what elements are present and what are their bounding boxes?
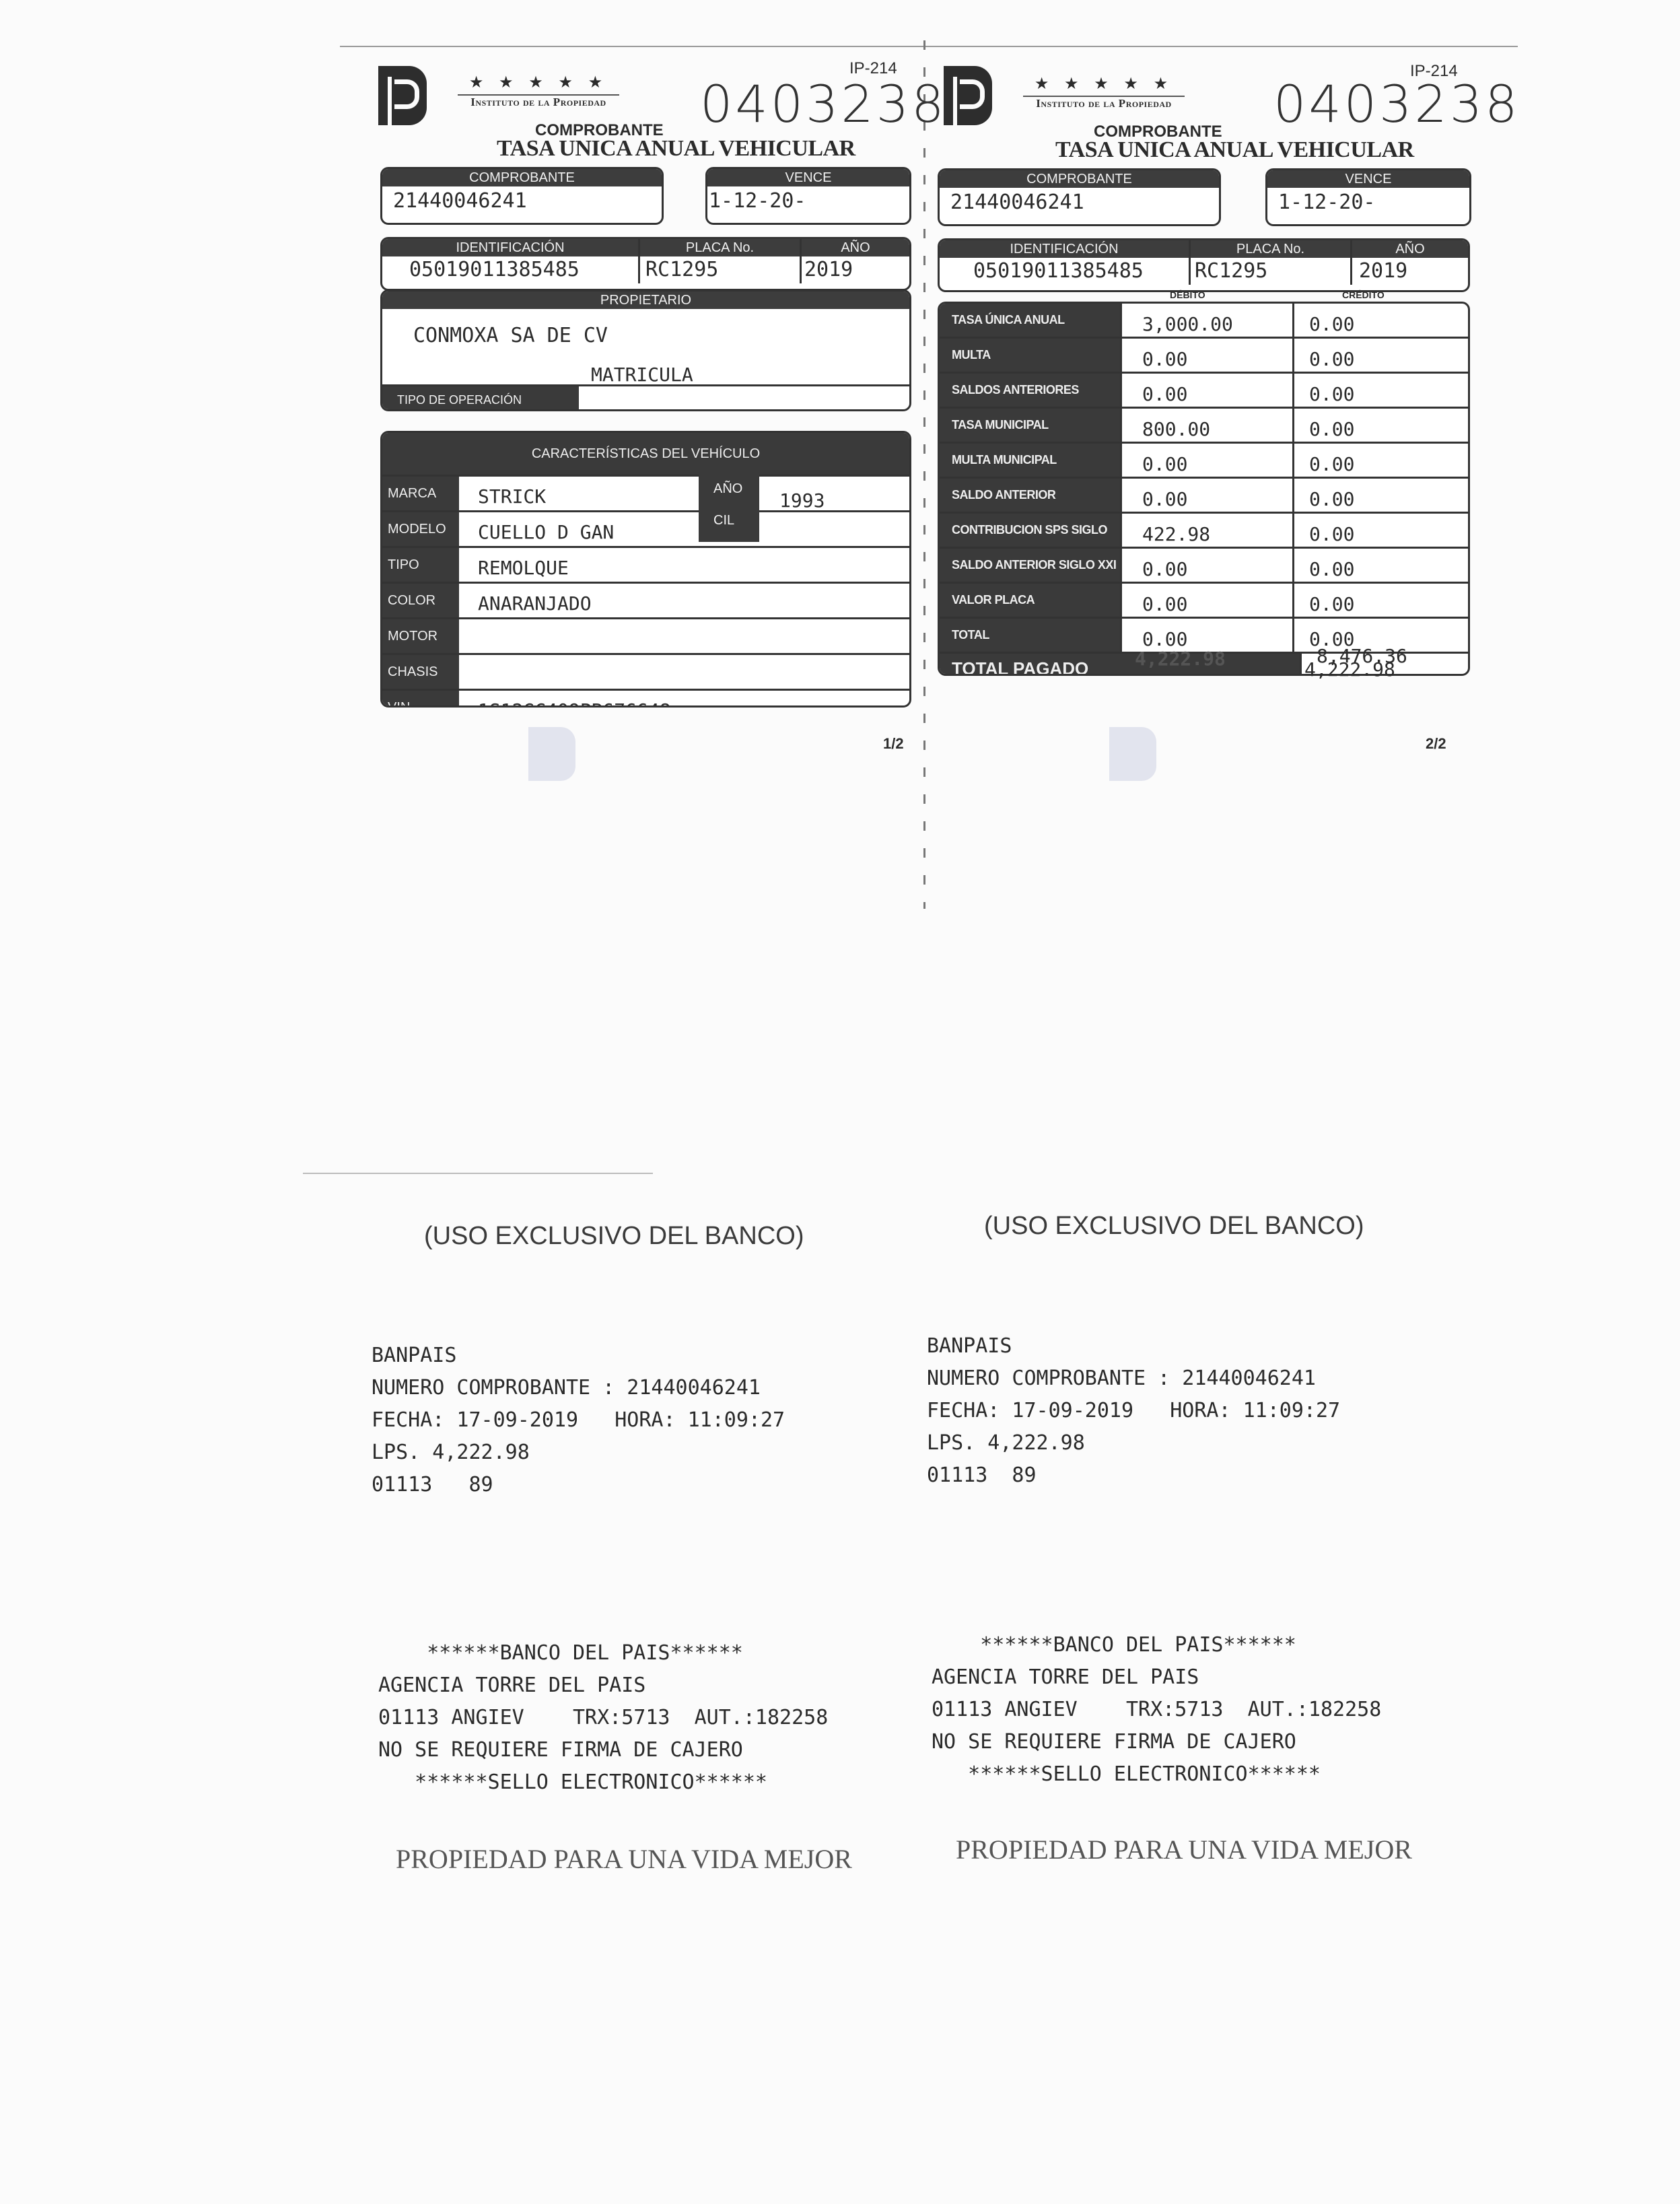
bank-line: NUMERO COMPROBANTE : 21440046241 <box>927 1363 1340 1395</box>
vehicle-row-label: CHASIS <box>382 655 459 689</box>
placa-value: RC1295 <box>640 256 800 283</box>
charge-row: MULTA MUNICIPAL 0.00 0.00 <box>940 442 1468 477</box>
operation-value: MATRICULA <box>591 364 693 386</box>
charge-debit: 3,000.00 <box>1120 304 1292 337</box>
debit-header: DÉBITO <box>1170 289 1205 300</box>
charge-debit: 0.00 <box>1120 479 1292 512</box>
charge-label: CONTRIBUCION SPS SIGLO XXI <box>940 514 1120 547</box>
charge-row: VALOR PLACA 0.00 0.00 <box>940 582 1468 617</box>
vehicle-row-label: VIN <box>382 691 459 708</box>
bank-line: LPS. 4,222.98 <box>372 1437 785 1469</box>
vence-value: 1-12-20- <box>1267 188 1469 217</box>
charge-credit: 0.00 <box>1292 549 1468 582</box>
total-debit-value: 4,222.98 <box>1135 644 1226 674</box>
bank-line: NUMERO COMPROBANTE : 21440046241 <box>372 1372 785 1404</box>
vehicle-row-label: MARCA <box>382 477 459 510</box>
bank-line: BANPAIS <box>927 1330 1340 1363</box>
anio-header: AÑO <box>1352 240 1468 258</box>
vehicle-row-value: CUELLO D GAN <box>459 512 614 546</box>
stamp-line: ******SELLO ELECTRONICO****** <box>378 1766 828 1799</box>
total-paid-value: 4,222.98 <box>1304 658 1395 681</box>
placa-header: PLACA No. <box>1191 240 1350 258</box>
comprobante-header: COMPROBANTE <box>382 169 662 186</box>
stamp-line: AGENCIA TORRE DEL PAIS <box>932 1661 1381 1694</box>
charge-row: TASA ÚNICA ANUAL 3,000.00 0.00 <box>940 304 1468 337</box>
bank-receipt-lines: BANPAISNUMERO COMPROBANTE : 21440046241F… <box>372 1340 785 1501</box>
ip-logo-icon <box>944 66 992 125</box>
charge-row: SALDO ANTERIOR SIGLO XXI 0.00 0.00 <box>940 547 1468 582</box>
charge-debit: 0.00 <box>1120 444 1292 477</box>
ip-watermark-icon <box>528 727 575 781</box>
charge-credit: 0.00 <box>1292 584 1468 617</box>
institution-name: Instituto de la Propiedad <box>458 96 619 109</box>
stamp-line: 01113 ANGIEV TRX:5713 AUT.:182258 <box>932 1694 1381 1726</box>
operation-label: TIPO DE OPERACIÓN <box>382 386 579 411</box>
stamp-line: ******BANCO DEL PAIS****** <box>932 1629 1381 1661</box>
vehicle-year-value: 1993 <box>779 489 825 512</box>
charge-credit: 0.00 <box>1292 514 1468 547</box>
ip-logo-icon <box>378 66 427 125</box>
charge-label: SALDO ANTERIOR SIGLO XXI <box>940 549 1120 582</box>
credit-header: CRÉDITO <box>1342 289 1385 300</box>
serial-number: 0403238 <box>1273 74 1520 134</box>
charge-label: TASA ÚNICA ANUAL <box>940 304 1120 337</box>
identificacion-header: IDENTIFICACIÓN <box>940 240 1189 258</box>
vehicle-row-value: STRICK <box>459 477 546 510</box>
stamp-line: ******BANCO DEL PAIS****** <box>378 1637 828 1669</box>
vehicle-row-value: REMOLQUE <box>459 548 569 582</box>
charge-debit: 422.98 <box>1120 514 1292 547</box>
page-number: 2/2 <box>1426 735 1446 753</box>
vehicle-year-label: AÑO <box>699 475 759 497</box>
vehicle-row-value: ANARANJADO <box>459 584 592 617</box>
slogan: PROPIEDAD PARA UNA VIDA MEJOR <box>956 1834 1412 1865</box>
bank-stamp-lines: ******BANCO DEL PAIS******AGENCIA TORRE … <box>932 1629 1381 1791</box>
charge-credit: 0.00 <box>1292 339 1468 372</box>
charge-row: CONTRIBUCION SPS SIGLO XXI 422.98 0.00 <box>940 512 1468 547</box>
vence-value: 1-12-20- <box>707 186 909 216</box>
bank-line: 01113 89 <box>372 1469 785 1501</box>
vehicle-year-cil: AÑO CIL <box>699 475 759 542</box>
vence-box: VENCE 1-12-20- <box>705 167 911 225</box>
placa-header: PLACA No. <box>640 239 800 256</box>
identificacion-value: 05019011385485 <box>940 258 1189 285</box>
slogan: PROPIEDAD PARA UNA VIDA MEJOR <box>396 1843 852 1875</box>
vence-header: VENCE <box>1267 170 1469 188</box>
identificacion-value: 05019011385485 <box>382 256 638 283</box>
charge-credit: 0.00 <box>1292 304 1468 337</box>
vehicle-title: CARACTERÍSTICAS DEL VEHÍCULO <box>382 433 909 475</box>
charge-row: SALDO ANTERIOR MUNICIPAL 0.00 0.00 <box>940 477 1468 512</box>
charges-table: TASA ÚNICA ANUAL 3,000.00 0.00MULTA 0.00… <box>938 302 1470 676</box>
charge-debit: 0.00 <box>1120 584 1292 617</box>
charge-label: SALDO ANTERIOR MUNICIPAL <box>940 479 1120 512</box>
stamp-line: AGENCIA TORRE DEL PAIS <box>378 1669 828 1702</box>
charge-label: VALOR PLACA <box>940 584 1120 617</box>
ip-watermark-icon <box>1109 727 1156 781</box>
anio-value: 2019 <box>802 256 909 283</box>
vehicle-row: VIN 1S12GC409PB676648 <box>382 689 909 708</box>
charge-debit: 0.00 <box>1120 549 1292 582</box>
vehicle-row-label: TIPO <box>382 548 459 582</box>
charge-row: TASA MUNICIPAL 800.00 0.00 <box>940 407 1468 442</box>
bank-line: LPS. 4,222.98 <box>927 1427 1340 1459</box>
comprobante-value: 21440046241 <box>940 188 1219 217</box>
stamp-line: NO SE REQUIERE FIRMA DE CAJERO <box>378 1734 828 1766</box>
vehicle-row-value <box>459 655 478 689</box>
institution-name: Instituto de la Propiedad <box>1023 97 1185 110</box>
vehicle-row-value <box>459 619 478 653</box>
charge-debit: 0.00 <box>1120 374 1292 407</box>
charge-label: TASA MUNICIPAL <box>940 409 1120 442</box>
bank-receipt-lines: BANPAISNUMERO COMPROBANTE : 21440046241F… <box>927 1330 1340 1492</box>
comprobante-box: COMPROBANTE 21440046241 <box>380 167 664 225</box>
vehicle-cil-label: CIL <box>699 497 759 528</box>
bank-line: FECHA: 17-09-2019 HORA: 11:09:27 <box>372 1404 785 1437</box>
vehicle-row: TIPO REMOLQUE <box>382 546 909 582</box>
bank-line: 01113 89 <box>927 1459 1340 1492</box>
comprobante-box: COMPROBANTE 21440046241 <box>938 168 1221 226</box>
bank-stamp-lines: ******BANCO DEL PAIS******AGENCIA TORRE … <box>378 1637 828 1799</box>
charge-label: MULTA <box>940 339 1120 372</box>
total-paid-label: TOTAL PAGADO <box>952 658 1088 676</box>
page-number: 1/2 <box>883 735 904 753</box>
stamp-line: NO SE REQUIERE FIRMA DE CAJERO <box>932 1726 1381 1758</box>
vehicle-row: MARCA STRICK <box>382 475 909 510</box>
charge-debit: 0.00 <box>1120 339 1292 372</box>
top-rule <box>340 46 1518 47</box>
vehicle-row-value: 1S12GC409PB676648 <box>459 691 671 708</box>
comprobante-header: COMPROBANTE <box>940 170 1219 188</box>
stamp-line: ******SELLO ELECTRONICO****** <box>932 1758 1381 1791</box>
identification-box: IDENTIFICACIÓN05019011385485 PLACA No.RC… <box>380 237 911 291</box>
vehicle-row: CHASIS <box>382 653 909 689</box>
stamp-line: 01113 ANGIEV TRX:5713 AUT.:182258 <box>378 1702 828 1734</box>
vehicle-row-label: COLOR <box>382 584 459 617</box>
comprobante-value: 21440046241 <box>382 186 662 216</box>
document-title: TASA UNICA ANUAL VEHICULAR <box>497 136 855 162</box>
bank-line: BANPAIS <box>372 1340 785 1372</box>
vehicle-row: COLOR ANARANJADO <box>382 582 909 617</box>
placa-value: RC1295 <box>1191 258 1350 285</box>
charge-label: TOTAL <box>940 619 1120 652</box>
vehicle-row: MOTOR <box>382 617 909 653</box>
vehicle-row-label: MODELO <box>382 512 459 546</box>
charge-row: SALDOS ANTERIORES 0.00 0.00 <box>940 372 1468 407</box>
stars-icon: ★ ★ ★ ★ ★ <box>1030 74 1178 94</box>
charge-row: MULTA 0.00 0.00 <box>940 337 1468 372</box>
anio-value: 2019 <box>1352 258 1468 285</box>
charge-label: SALDOS ANTERIORES <box>940 374 1120 407</box>
identification-box: IDENTIFICACIÓN05019011385485 PLACA No.RC… <box>938 238 1470 292</box>
propietario-header: PROPIETARIO <box>382 291 909 309</box>
vence-box: VENCE 1-12-20- <box>1265 168 1471 226</box>
owner-box: PROPIETARIO CONMOXA SA DE CV TIPO DE OPE… <box>380 289 911 411</box>
vence-header: VENCE <box>707 169 909 186</box>
divider <box>303 1173 653 1174</box>
charge-debit: 800.00 <box>1120 409 1292 442</box>
vehicle-row-label: MOTOR <box>382 619 459 653</box>
charge-label: MULTA MUNICIPAL <box>940 444 1120 477</box>
stars-icon: ★ ★ ★ ★ ★ <box>464 73 612 92</box>
vehicle-row: MODELO CUELLO D GAN <box>382 510 909 546</box>
document-title: TASA UNICA ANUAL VEHICULAR <box>1055 137 1414 163</box>
charge-credit: 0.00 <box>1292 479 1468 512</box>
bank-line: FECHA: 17-09-2019 HORA: 11:09:27 <box>927 1395 1340 1427</box>
charge-credit: 0.00 <box>1292 444 1468 477</box>
vehicle-table: CARACTERÍSTICAS DEL VEHÍCULO MARCA STRIC… <box>380 431 911 708</box>
bank-header: (USO EXCLUSIVO DEL BANCO) <box>984 1212 1364 1241</box>
serial-number: 0403238 <box>700 74 946 134</box>
copy-separator <box>923 40 925 909</box>
charge-credit: 0.00 <box>1292 374 1468 407</box>
anio-header: AÑO <box>802 239 909 256</box>
bank-header: (USO EXCLUSIVO DEL BANCO) <box>424 1222 804 1251</box>
charge-credit: 0.00 <box>1292 409 1468 442</box>
identificacion-header: IDENTIFICACIÓN <box>382 239 638 256</box>
